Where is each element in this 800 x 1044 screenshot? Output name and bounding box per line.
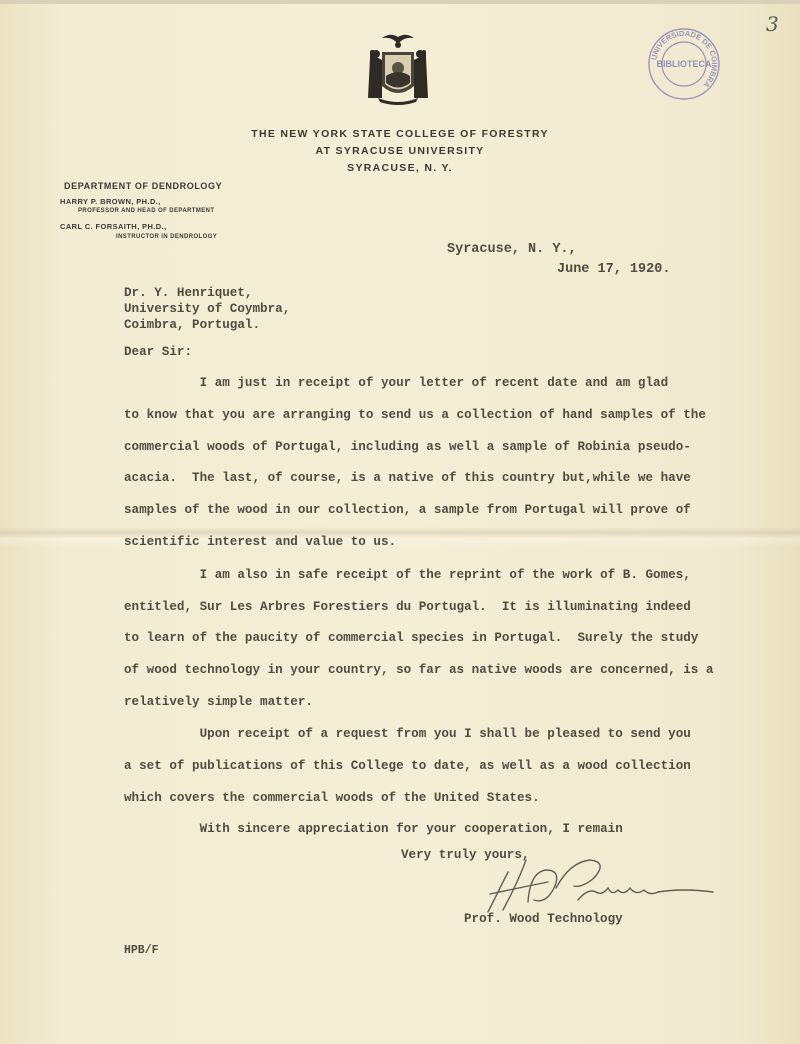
paper-top-edge [0,0,800,4]
staff-name: Carl C. Forsaith, Ph.D., [60,222,167,231]
staff-role: Instructor in Dendrology [116,234,217,240]
letterhead-college: THE NEW YORK STATE COLLEGE OF FORESTRY [0,128,800,140]
recipient-line: University of Coymbra, [124,302,290,316]
recipient-line: Dr. Y. Henriquet, [124,286,252,300]
body-line: entitled, Sur Les Arbres Forestiers du P… [124,600,691,614]
staff-role: Professor and Head of Department [78,208,214,214]
recipient-line: Coimbra, Portugal. [124,318,260,332]
letterhead-city: SYRACUSE, N. Y. [0,162,800,174]
letterhead-university: AT SYRACUSE UNIVERSITY [0,145,800,157]
signer-title: Prof. Wood Technology [464,912,623,926]
body-line: scientific interest and value to us. [124,535,396,549]
stamp-center-text: BIBLIOTECA [657,59,712,69]
body-line: relatively simple matter. [124,695,313,709]
body-line: which covers the commercial woods of the… [124,791,540,805]
department-title: Department of Dendrology [64,181,222,191]
salutation: Dear Sir: [124,345,192,359]
body-line: Upon receipt of a request from you I sha… [124,727,691,741]
body-line: a set of publications of this College to… [124,759,691,773]
body-line: to know that you are arranging to send u… [124,408,706,422]
library-stamp-icon: UNIVERSIDADE DE COIMBRA BIBLIOTECA [646,26,722,102]
body-line: commercial woods of Portugal, including … [124,440,691,454]
state-seal-icon [360,28,436,106]
staff-name: Harry P. Brown, Ph.D., [60,197,161,206]
body-line: acacia. The last, of course, is a native… [124,471,691,485]
body-line: of wood technology in your country, so f… [124,663,713,677]
body-line: I am just in receipt of your letter of r… [124,376,668,390]
body-line: to learn of the paucity of commercial sp… [124,631,698,645]
page-number: 3 [766,12,779,36]
letter-place: Syracuse, N. Y., [447,242,577,257]
typist-initials: HPB/F [124,944,159,957]
letter-date: June 17, 1920. [557,262,670,277]
body-line: With sincere appreciation for your coope… [124,822,623,836]
body-line: samples of the wood in our collection, a… [124,503,691,517]
body-line: I am also in safe receipt of the reprint… [124,568,691,582]
